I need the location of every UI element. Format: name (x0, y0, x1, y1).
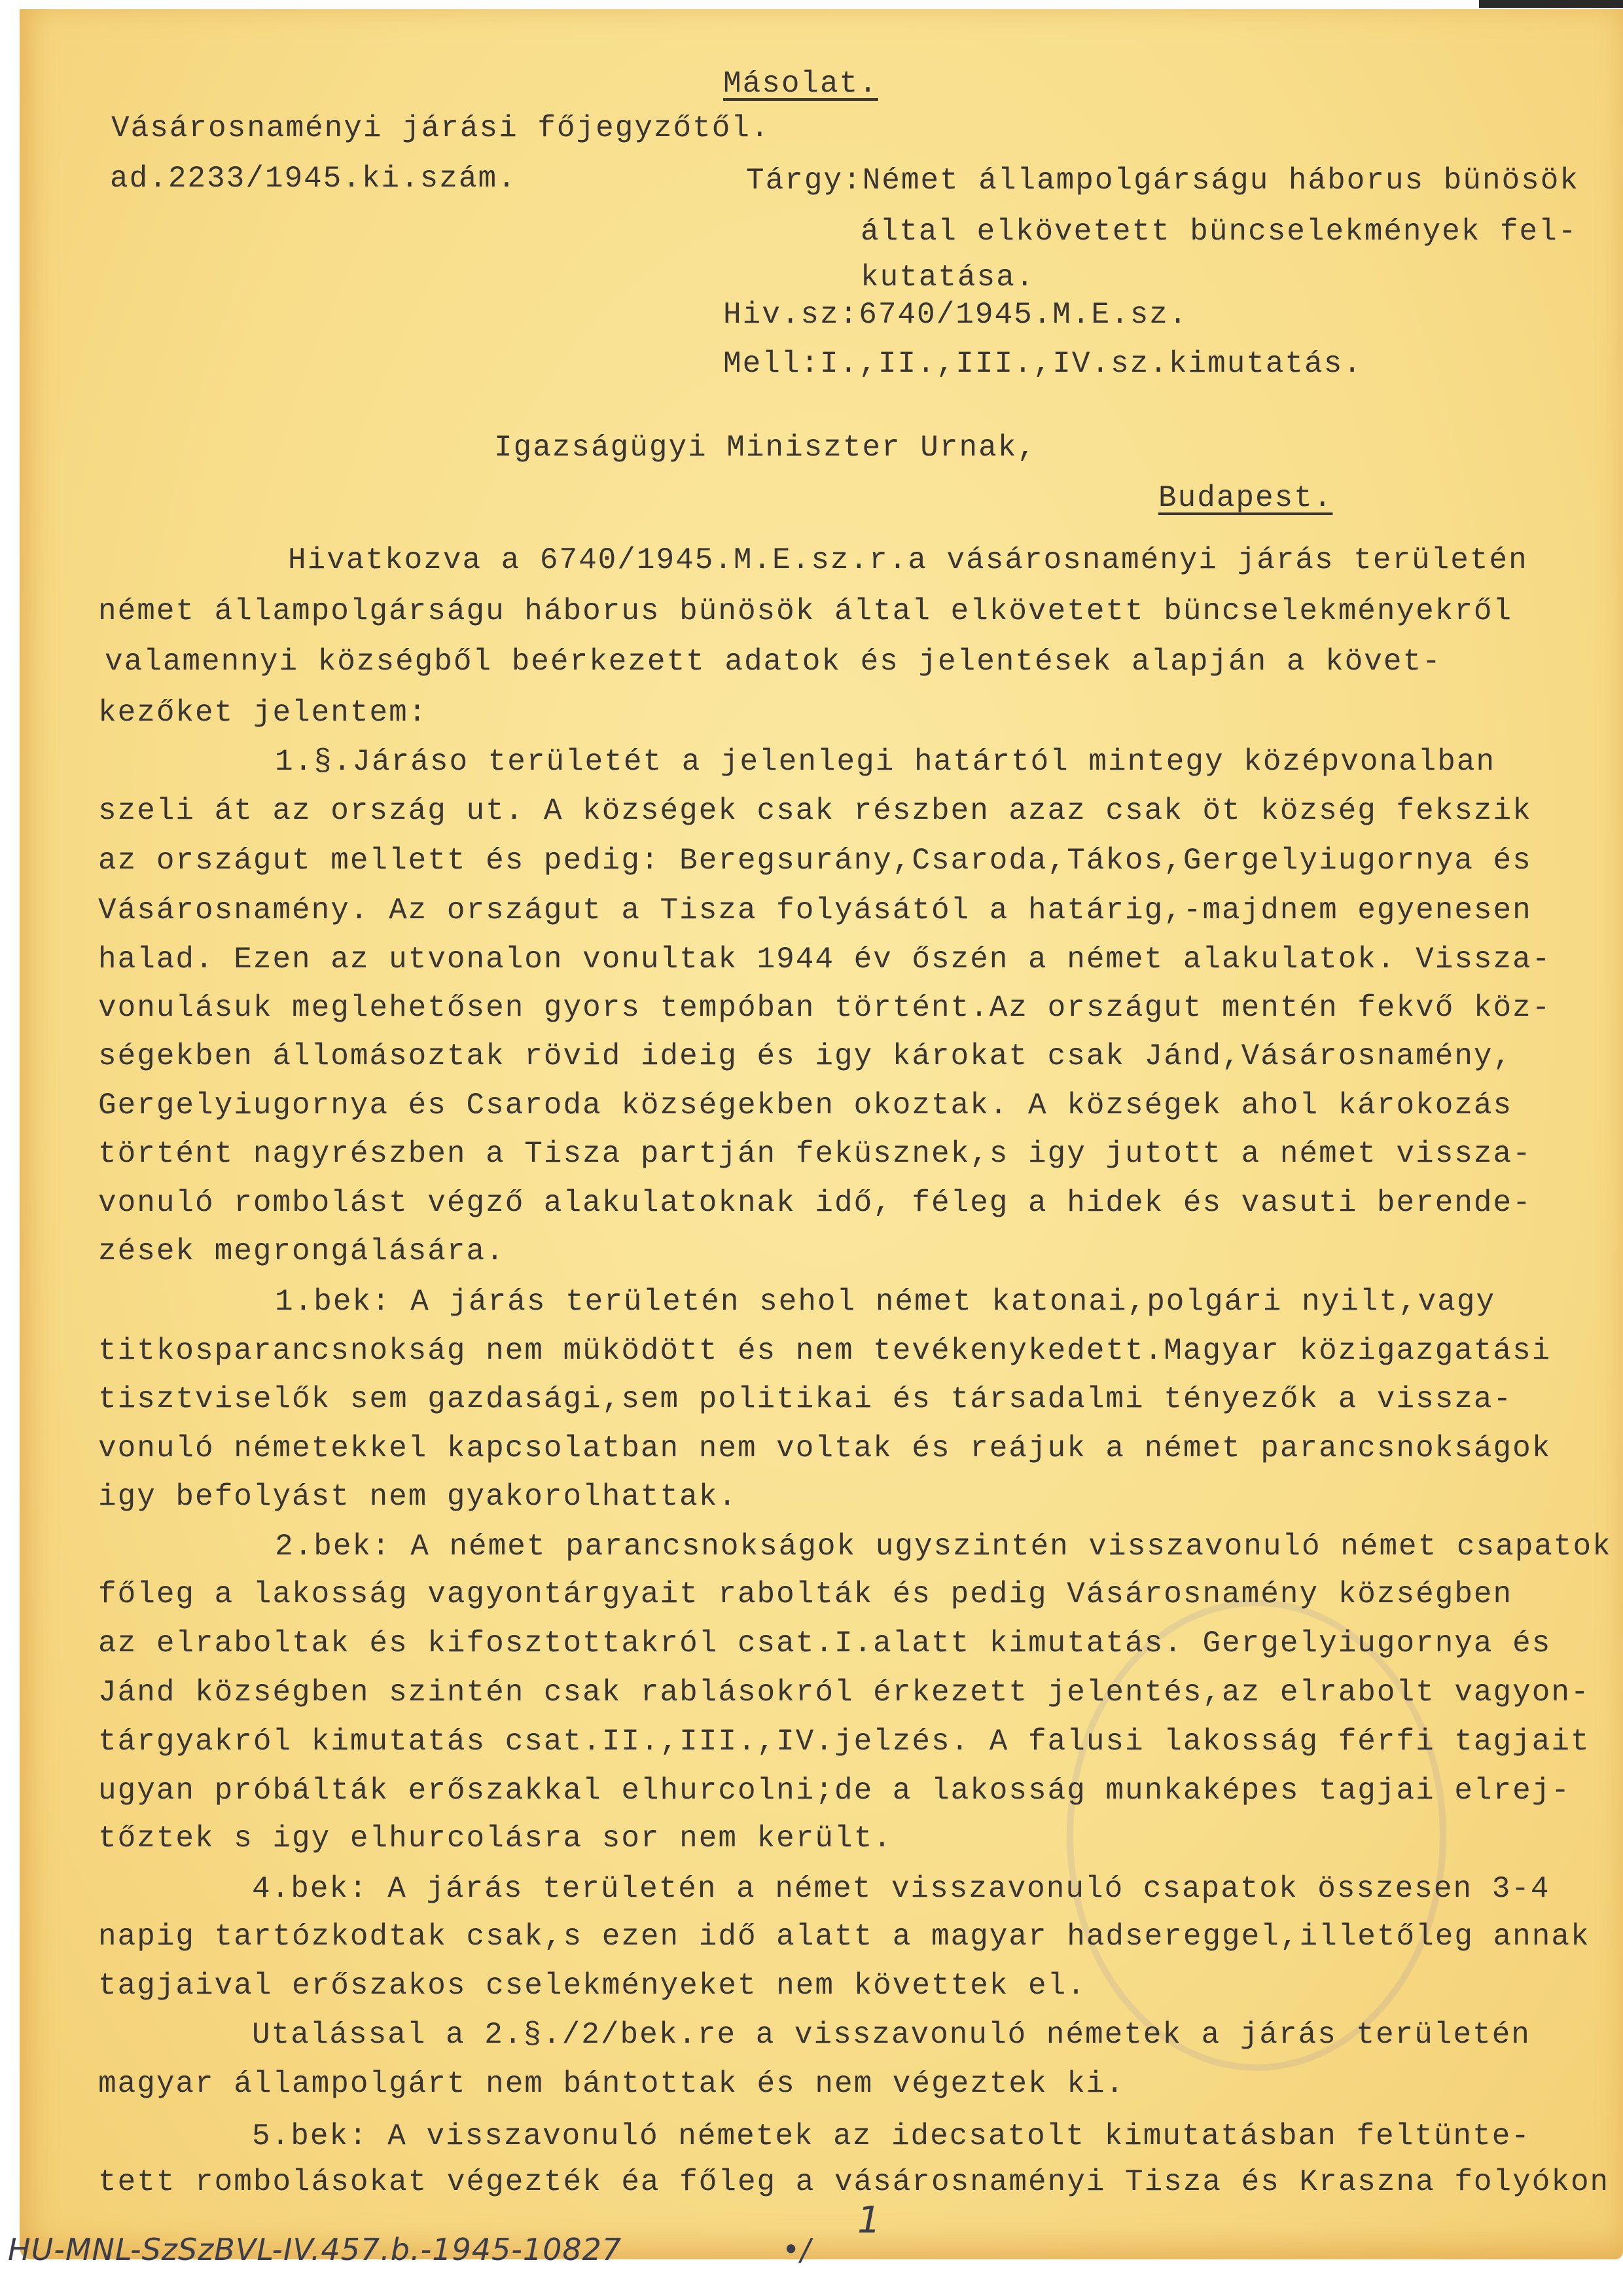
body-line: Hivatkozva a 6740/1945.M.E.sz.r.a vásáro… (288, 543, 1528, 577)
body-line: Gergelyiugornya és Csaroda községekben o… (98, 1088, 1512, 1122)
hiv-sz-line: Hiv.sz:6740/1945.M.E.sz. (723, 298, 1188, 332)
archive-reference-code: HU-MNL-SzSzBVL-IV.457.b.-1945-10827 (8, 2232, 622, 2267)
body-line: ugyan próbálták erőszakkal elhurcolni;de… (98, 1774, 1571, 1808)
body-line: az elraboltak és kifosztottakról csat.I.… (98, 1626, 1551, 1660)
archive-mark: •/ (782, 2232, 811, 2267)
body-line: német állampolgárságu háborus bünösök ál… (98, 594, 1512, 628)
body-line: 1.bek: A járás területén sehol német kat… (275, 1285, 1495, 1319)
body-line: tárgyakról kimutatás csat.II.,III.,IV.je… (98, 1725, 1590, 1759)
body-line: tett rombolásokat végezték éa főleg a vá… (98, 2165, 1609, 2199)
reference-number: ad.2233/1945.ki.szám. (110, 162, 517, 196)
copy-label: Másolat. (723, 67, 878, 101)
body-line: tagjaival erőszakos cselekményeket nem k… (98, 1969, 1086, 2003)
body-line: főleg a lakosság vagyontárgyait rabolták… (98, 1577, 1512, 1611)
body-line: tisztviselők sem gazdasági,sem politikai… (98, 1382, 1512, 1416)
body-line: igy befolyást nem gyakorolhattak. (98, 1480, 738, 1514)
body-line: napig tartózkodtak csak,s ezen idő alatt… (98, 1920, 1590, 1954)
body-line: 2.bek: A német parancsnokságok ugyszinté… (275, 1530, 1612, 1564)
body-line: titkosparancsnokság nem müködött és nem … (98, 1334, 1551, 1368)
body-line: vonulásuk meglehetősen gyors tempóban tö… (98, 991, 1551, 1025)
faded-stamp (1067, 1600, 1446, 2071)
sender-line: Vásárosnaményi járási főjegyzőtől. (111, 111, 770, 145)
body-line: ségekben állomásoztak rövid ideig és igy… (98, 1039, 1512, 1073)
body-line: 1.§.Járáso területét a jelenlegi határtó… (275, 745, 1495, 779)
subject-line: által elkövetett büncselekmények fel- (861, 215, 1577, 249)
subject-line: Tárgy:Német állampolgárságu háborus bünö… (746, 164, 1579, 198)
body-line: vonuló németekkel kapcsolatban nem volta… (98, 1431, 1551, 1465)
body-line: zések megrongálására. (98, 1234, 505, 1268)
body-line: szeli át az ország ut. A községek csak r… (98, 794, 1532, 828)
body-line: Jánd községben szintén csak rablásokról … (98, 1676, 1590, 1710)
body-line: 4.bek: A járás területén a német visszav… (252, 1872, 1550, 1906)
body-line: magyar állampolgárt nem bántottak és nem… (98, 2067, 1125, 2101)
body-line: az országut mellett és pedig: Beregsurán… (98, 844, 1532, 878)
body-line: történt nagyrészben a Tisza partján fekü… (98, 1137, 1532, 1171)
page-number-mark: 1 (857, 2199, 882, 2242)
attachments-line: Mell:I.,II.,III.,IV.sz.kimutatás. (723, 347, 1363, 381)
scan-edge (1479, 0, 1623, 8)
city: Budapest. (1158, 481, 1332, 515)
body-line: kezőket jelentem: (98, 696, 427, 730)
addressee: Igazságügyi Miniszter Urnak, (494, 431, 1037, 465)
subject-line: kutatása. (861, 260, 1035, 295)
body-line: tőztek s igy elhurcolásra sor nem került… (98, 1821, 893, 1856)
body-line: halad. Ezen az utvonalon vonultak 1944 é… (98, 942, 1551, 977)
body-line: vonuló rombolást végző alakulatoknak idő… (98, 1186, 1532, 1220)
body-line: Utalással a 2.§./2/bek.re a visszavonuló… (252, 2018, 1531, 2052)
body-line: Vásárosnamény. Az országut a Tisza folyá… (98, 893, 1532, 927)
body-line: valamennyi községből beérkezett adatok é… (105, 645, 1442, 679)
body-line: 5.bek: A visszavonuló németek az idecsat… (252, 2119, 1531, 2153)
